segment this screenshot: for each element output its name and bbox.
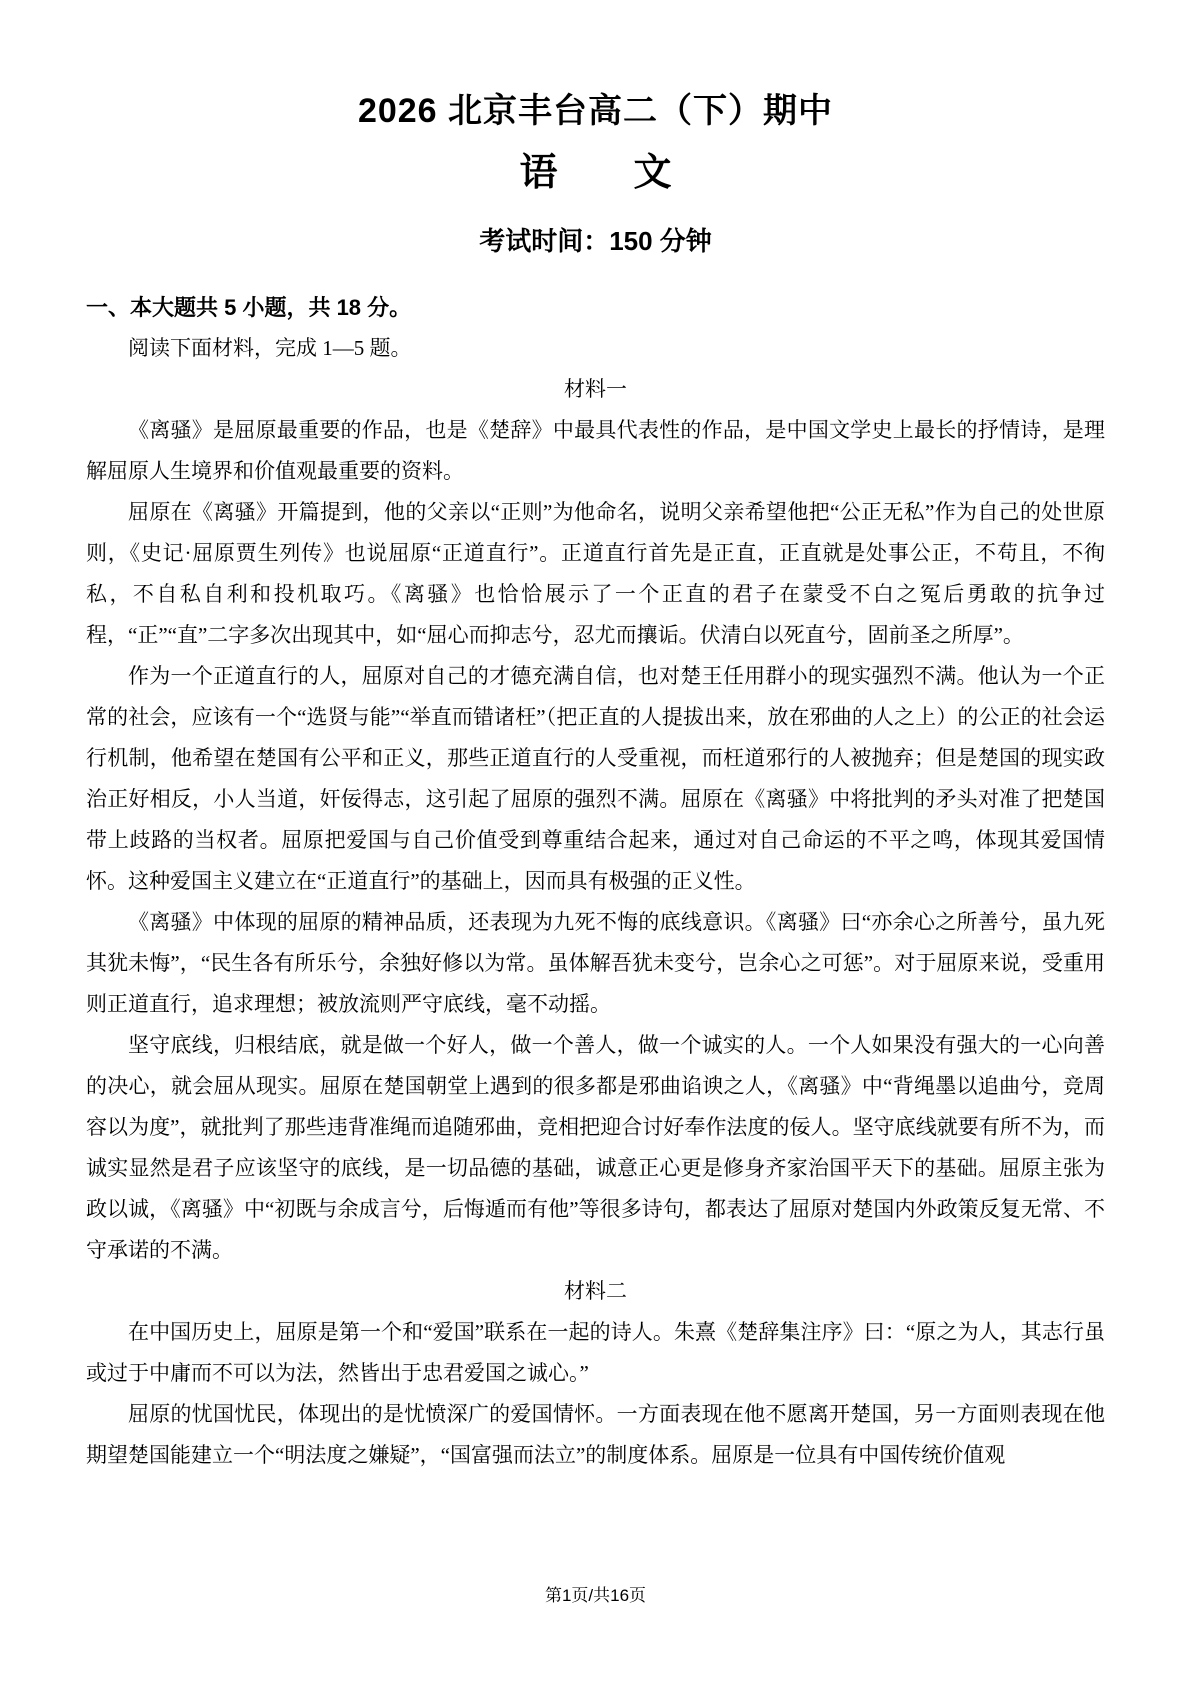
- page-number-indicator: 第1页/共16页: [0, 1586, 1191, 1606]
- material-one-paragraph: 《离骚》是屈原最重要的作品，也是《楚辞》中最具代表性的作品，是中国文学史上最长的…: [86, 410, 1105, 492]
- material-two-body: 在中国历史上，屈原是第一个和“爱国”联系在一起的诗人。朱熹《楚辞集注序》曰：“原…: [86, 1312, 1105, 1476]
- section-one-heading: 一、本大题共 5 小题，共 18 分。: [86, 287, 1105, 328]
- material-one-paragraph: 作为一个正道直行的人，屈原对自己的才德充满自信，也对楚王任用群小的现实强烈不满。…: [86, 656, 1105, 902]
- material-one-body: 《离骚》是屈原最重要的作品，也是《楚辞》中最具代表性的作品，是中国文学史上最长的…: [86, 410, 1105, 1271]
- material-two-paragraph: 屈原的忧国忧民，体现出的是忧愤深广的爱国情怀。一方面表现在他不愿离开楚国，另一方…: [86, 1394, 1105, 1476]
- reading-instruction: 阅读下面材料，完成 1—5 题。: [86, 328, 1105, 369]
- subject-title: 语 文: [86, 154, 1105, 194]
- material-two-heading: 材料二: [86, 1271, 1105, 1312]
- material-two-paragraph: 在中国历史上，屈原是第一个和“爱国”联系在一起的诗人。朱熹《楚辞集注序》曰：“原…: [86, 1312, 1105, 1394]
- material-one-paragraph: 坚守底线，归根结底，就是做一个好人，做一个善人，做一个诚实的人。一个人如果没有强…: [86, 1025, 1105, 1271]
- material-one-paragraph: 《离骚》中体现的屈原的精神品质，还表现为九死不悔的底线意识。《离骚》曰“亦余心之…: [86, 902, 1105, 1025]
- exam-duration: 考试时间：150 分钟: [86, 228, 1105, 255]
- exam-paper-page: 2026 北京丰台高二（下）期中 语 文 考试时间：150 分钟 一、本大题共 …: [0, 0, 1191, 1684]
- exam-title: 2026 北京丰台高二（下）期中: [86, 0, 1105, 130]
- material-one-paragraph: 屈原在《离骚》开篇提到，他的父亲以“正则”为他命名，说明父亲希望他把“公正无私”…: [86, 492, 1105, 656]
- material-one-heading: 材料一: [86, 369, 1105, 410]
